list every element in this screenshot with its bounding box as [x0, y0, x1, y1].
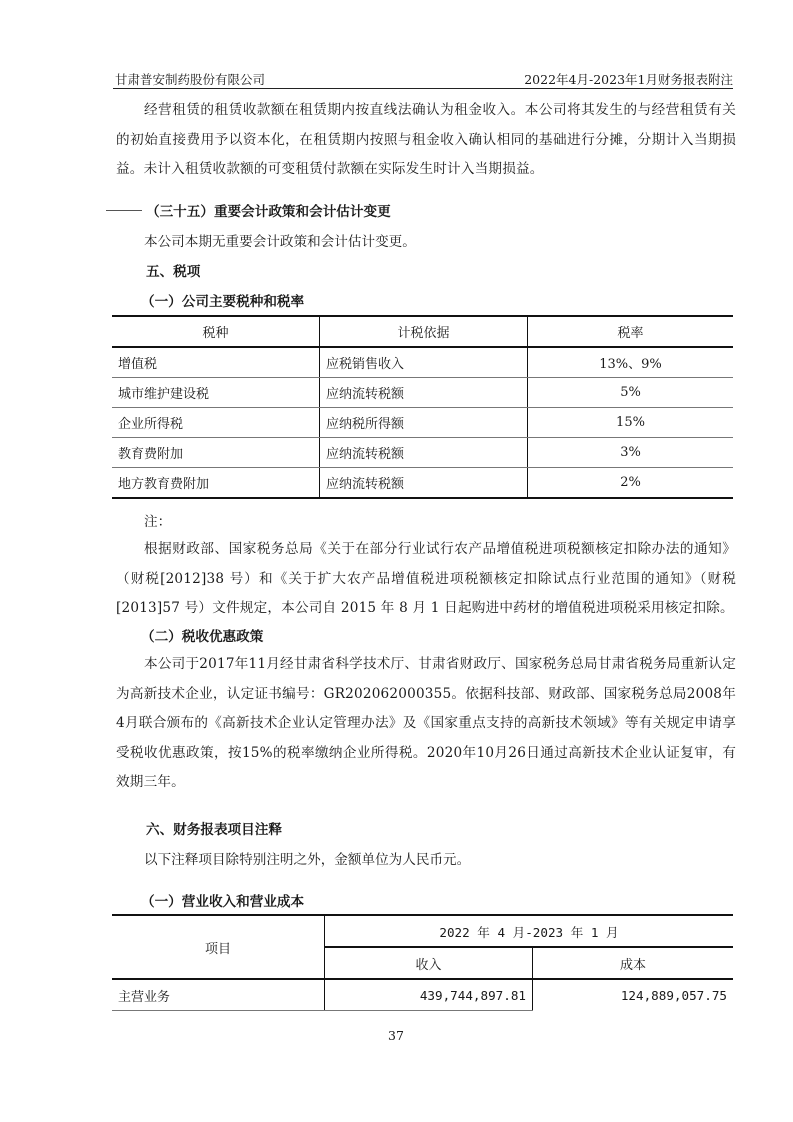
column-header: 计税依据 — [320, 316, 528, 347]
period-header: 2022 年 4 月-2023 年 1 月 — [325, 915, 734, 947]
tax-rate: 2% — [528, 468, 734, 499]
tax-type: 企业所得税 — [112, 408, 320, 438]
tax-rate: 3% — [528, 438, 734, 468]
tax-type: 城市维护建设税 — [112, 378, 320, 408]
note-label: 注： — [144, 510, 171, 530]
section-5-heading: 五、税项 — [146, 260, 200, 280]
table-row: 城市维护建设税 应纳流转税额 5% — [112, 378, 733, 408]
cost-value: 124,889,057.75 — [533, 979, 734, 1011]
document-title: 2022年4月-2023年1月财务报表附注 — [524, 70, 733, 88]
tax-basis: 应纳流转税额 — [320, 468, 528, 499]
tax-rate: 5% — [528, 378, 734, 408]
heading-rule — [106, 210, 142, 211]
table-row: 企业所得税 应纳税所得额 15% — [112, 408, 733, 438]
tax-type: 教育费附加 — [112, 438, 320, 468]
table-header-row: 项目 2022 年 4 月-2023 年 1 月 — [112, 915, 733, 947]
income-value: 439,744,897.81 — [325, 979, 533, 1011]
tax-incentive-heading: （二）税收优惠政策 — [141, 625, 263, 645]
table-row: 地方教育费附加 应纳流转税额 2% — [112, 468, 733, 499]
tax-rates-heading: （一）公司主要税种和税率 — [141, 290, 304, 310]
tax-type: 地方教育费附加 — [112, 468, 320, 499]
tax-rate: 13%、9% — [528, 347, 734, 378]
tax-basis: 应纳税所得额 — [320, 408, 528, 438]
section-35-heading: （三十五）重要会计政策和会计估计变更 — [146, 200, 391, 220]
tax-rates-table: 税种 计税依据 税率 增值税 应税销售收入 13%、9% 城市维护建设税 应纳流… — [112, 315, 733, 499]
section-6-text: 以下注释项目除特别注明之外，金额单位为人民币元。 — [144, 848, 470, 868]
column-header: 税种 — [112, 316, 320, 347]
revenue-cost-heading: （一）营业收入和营业成本 — [141, 890, 304, 910]
table-row: 增值税 应税销售收入 13%、9% — [112, 347, 733, 378]
table-header-row: 税种 计税依据 税率 — [112, 316, 733, 347]
tax-basis: 应纳流转税额 — [320, 438, 528, 468]
tax-basis: 应税销售收入 — [320, 347, 528, 378]
item-header: 项目 — [112, 915, 325, 979]
section-35-text: 本公司本期无重要会计政策和会计估计变更。 — [144, 230, 416, 250]
revenue-cost-table: 项目 2022 年 4 月-2023 年 1 月 收入 成本 主营业务 439,… — [112, 914, 733, 1011]
section-6-heading: 六、财务报表项目注释 — [146, 818, 282, 838]
cost-header: 成本 — [533, 947, 734, 979]
income-header: 收入 — [325, 947, 533, 979]
table-row: 主营业务 439,744,897.81 124,889,057.75 — [112, 979, 733, 1011]
document-page: 甘肃普安制药股份有限公司 2022年4月-2023年1月财务报表附注 经营租赁的… — [0, 0, 793, 1122]
page-number: 37 — [388, 1028, 404, 1043]
item-label: 主营业务 — [112, 979, 325, 1011]
tax-rate: 15% — [528, 408, 734, 438]
company-name: 甘肃普安制药股份有限公司 — [115, 70, 265, 88]
tax-type: 增值税 — [112, 347, 320, 378]
lease-income-paragraph: 经营租赁的租赁收款额在租赁期内按直线法确认为租金收入。本公司将其发生的与经营租赁… — [116, 96, 736, 185]
table-row: 教育费附加 应纳流转税额 3% — [112, 438, 733, 468]
page-header: 甘肃普安制药股份有限公司 2022年4月-2023年1月财务报表附注 — [113, 66, 733, 89]
tax-incentive-text: 本公司于2017年11月经甘肃省科学技术厅、甘肃省财政厅、国家税务总局甘肃省税务… — [116, 650, 736, 798]
note-text: 根据财政部、国家税务总局《关于在部分行业试行农产品增值税进项税额核定扣除办法的通… — [116, 535, 736, 624]
column-header: 税率 — [528, 316, 734, 347]
tax-basis: 应纳流转税额 — [320, 378, 528, 408]
